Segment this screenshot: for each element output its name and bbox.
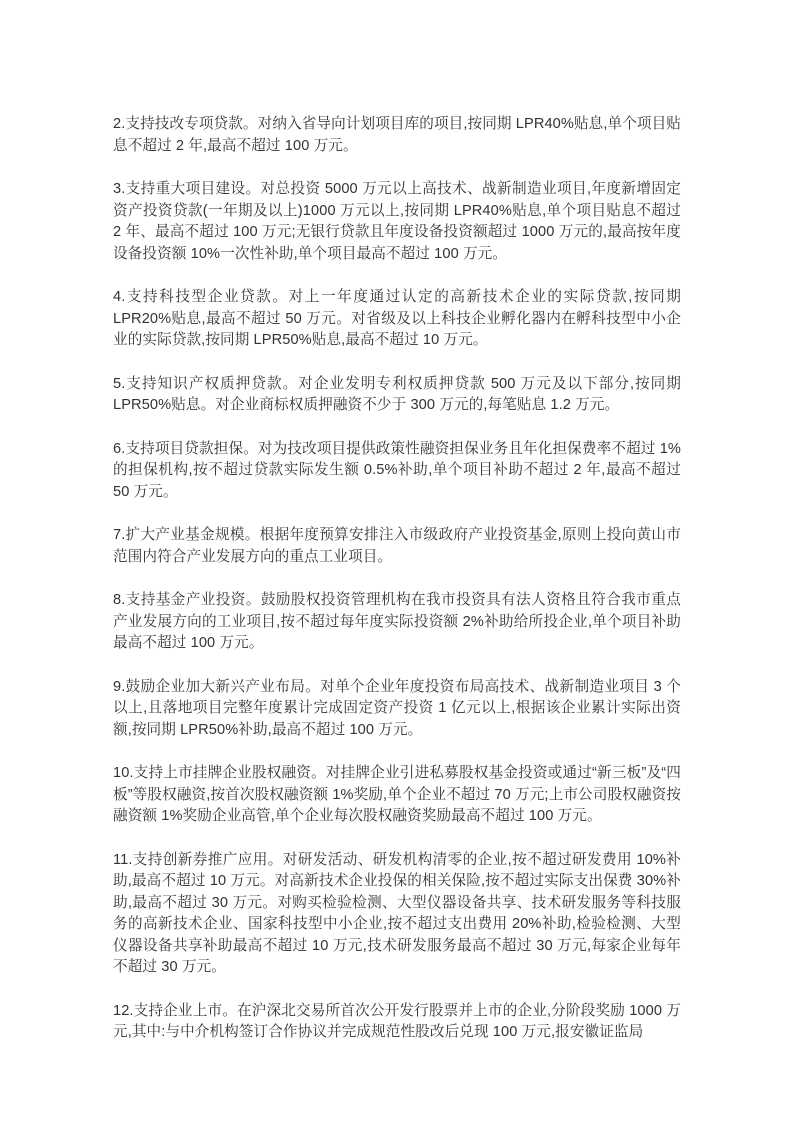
paragraph: 7.扩大产业基金规模。根据年度预算安排注入市级政府产业投资基金,原则上投向黄山市… xyxy=(113,525,681,568)
document-page: 2.支持技改专项贷款。对纳入省导向计划项目库的项目,按同期 LPR40%贴息,单… xyxy=(0,0,793,1122)
paragraph: 3.支持重大项目建设。对总投资 5000 万元以上高技术、战新制造业项目,年度新… xyxy=(113,179,681,265)
paragraph: 6.支持项目贷款担保。对为技改项目提供政策性融资担保业务且年化担保费率不超过 1… xyxy=(113,439,681,504)
paragraph: 10.支持上市挂牌企业股权融资。对挂牌企业引进私募股权基金投资或通过“新三板”及… xyxy=(113,763,681,828)
paragraph: 4.支持科技型企业贷款。对上一年度通过认定的高新技术企业的实际贷款,按同期 LP… xyxy=(113,287,681,352)
paragraph: 12.支持企业上市。在沪深北交易所首次公开发行股票并上市的企业,分阶段奖励 10… xyxy=(113,1001,681,1044)
document-body: 2.支持技改专项贷款。对纳入省导向计划项目库的项目,按同期 LPR40%贴息,单… xyxy=(113,114,681,1044)
paragraph: 8.支持基金产业投资。鼓励股权投资管理机构在我市投资具有法人资格且符合我市重点产… xyxy=(113,590,681,655)
paragraph: 11.支持创新券推广应用。对研发活动、研发机构清零的企业,按不超过研发费用 10… xyxy=(113,850,681,979)
paragraph: 9.鼓励企业加大新兴产业布局。对单个企业年度投资布局高技术、战新制造业项目 3 … xyxy=(113,677,681,742)
paragraph: 2.支持技改专项贷款。对纳入省导向计划项目库的项目,按同期 LPR40%贴息,单… xyxy=(113,114,681,157)
paragraph: 5.支持知识产权质押贷款。对企业发明专利权质押贷款 500 万元及以下部分,按同… xyxy=(113,374,681,417)
